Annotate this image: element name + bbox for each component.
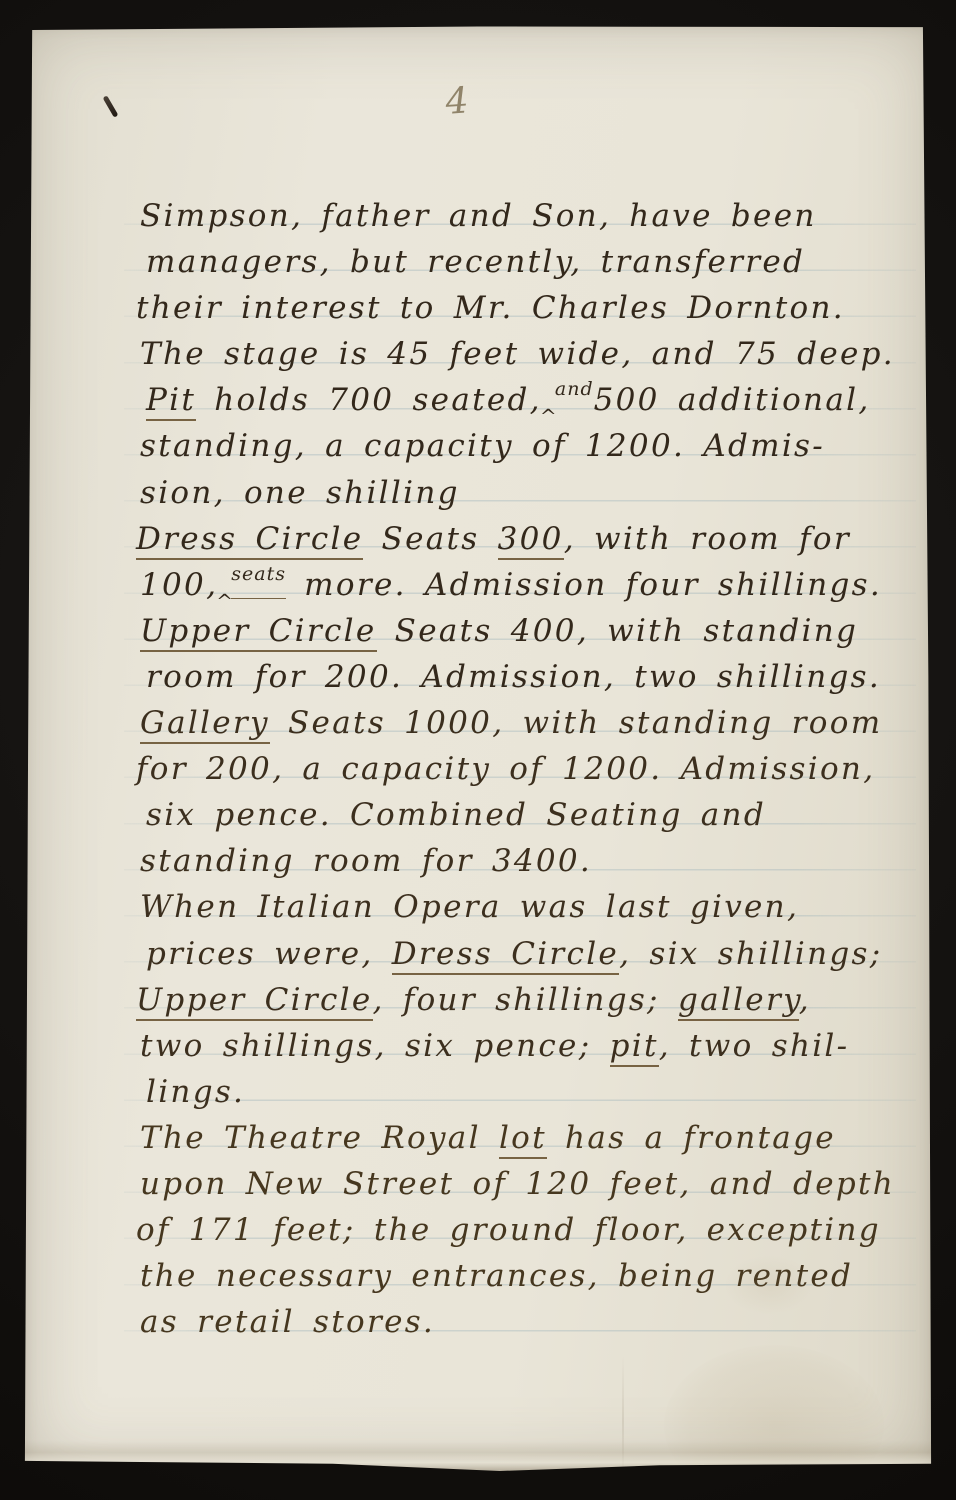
text-segment: room for 200. Admission, two shillings. [146, 659, 881, 695]
text-segment: Seats [363, 521, 497, 557]
manuscript-line: Upper Circle Seats 400, with standing [140, 608, 930, 654]
manuscript-line: as retail stores. [140, 1299, 930, 1345]
text-segment: , [799, 982, 811, 1018]
text-segment: seats [231, 551, 286, 599]
text-segment: When Italian Opera was last given, [140, 889, 799, 925]
paper-stain [664, 1345, 884, 1500]
handwritten-text-block: Simpson, father and Son, have beenmanage… [140, 193, 930, 1345]
text-segment: as retail stores. [140, 1304, 435, 1340]
text-segment: Seats 1000, with standing room [270, 705, 883, 741]
text-segment: more. Admission four shillings. [286, 567, 882, 603]
text-segment: holds 700 seated, [196, 382, 542, 418]
manuscript-line: standing room for 3400. [140, 838, 930, 884]
manuscript-line: upon New Street of 120 feet, and depth [140, 1161, 930, 1207]
text-segment: their interest to Mr. Charles Dornton. [136, 290, 845, 326]
manuscript-line: Gallery Seats 1000, with standing room [140, 700, 930, 746]
manuscript-line: two shillings, six pence; pit, two shil- [140, 1023, 930, 1069]
ink-blot-mark [103, 95, 119, 117]
text-segment: Dress Circle [392, 936, 619, 975]
text-segment: lings. [146, 1074, 245, 1110]
text-segment: managers, but recently, transferred [146, 244, 805, 280]
manuscript-line: their interest to Mr. Charles Dornton. [136, 285, 930, 331]
text-segment: Gallery [140, 705, 270, 744]
manuscript-line: managers, but recently, transferred [146, 239, 930, 285]
text-segment: The Theatre Royal [140, 1120, 499, 1156]
manuscript-line: sion, one shilling [140, 470, 930, 516]
text-segment: , with room for [564, 521, 851, 557]
manuscript-page: 4 Simpson, father and Son, have beenmana… [24, 25, 932, 1471]
text-segment: 300 [498, 521, 564, 560]
text-segment: Pit [146, 382, 196, 421]
text-segment: , six shillings; [619, 936, 882, 972]
text-segment: and [555, 366, 594, 412]
manuscript-line: Upper Circle, four shillings; gallery, [136, 977, 930, 1023]
manuscript-line: The Theatre Royal lot has a frontage [140, 1115, 930, 1161]
text-segment: 500 additional, [594, 382, 871, 418]
text-segment: six pence. Combined Seating and [146, 797, 766, 833]
manuscript-line: for 200, a capacity of 1200. Admission, [136, 746, 930, 792]
text-segment: standing room for 3400. [140, 843, 592, 879]
text-segment: Upper Circle [136, 982, 373, 1021]
manuscript-line: of 171 feet; the ground floor, excepting [136, 1207, 930, 1253]
text-segment: The stage is 45 feet wide, and 75 deep. [140, 336, 895, 372]
paper-crease [622, 1355, 624, 1487]
manuscript-line: The stage is 45 feet wide, and 75 deep. [140, 331, 930, 377]
text-segment: upon New Street of 120 feet, and depth [140, 1166, 895, 1202]
text-segment: lot [499, 1120, 547, 1159]
text-segment: pit [610, 1028, 659, 1067]
text-segment: standing, a capacity of 1200. Admis- [140, 428, 825, 464]
manuscript-line: standing, a capacity of 1200. Admis- [140, 423, 930, 469]
page-number: 4 [427, 79, 490, 124]
text-segment: Simpson, father and Son, have been [140, 198, 817, 234]
text-segment: , four shillings; [373, 982, 678, 1018]
text-segment: prices were, [146, 936, 392, 972]
photographed-manuscript-scan: 4 Simpson, father and Son, have beenmana… [0, 0, 956, 1500]
text-segment: , two shil- [659, 1028, 850, 1064]
text-segment: gallery [678, 982, 799, 1021]
paper-stain [724, 1255, 814, 1315]
text-segment: for 200, a capacity of 1200. Admission, [136, 751, 875, 787]
text-segment: of 171 feet; the ground floor, excepting [136, 1212, 881, 1248]
manuscript-line: When Italian Opera was last given, [140, 884, 930, 930]
manuscript-line: Simpson, father and Son, have been [140, 193, 930, 239]
text-segment: Upper Circle [140, 613, 377, 652]
manuscript-line: prices were, Dress Circle, six shillings… [146, 931, 930, 977]
manuscript-line: 100,^seats more. Admission four shilling… [140, 562, 930, 608]
text-segment: 100, [140, 567, 218, 603]
manuscript-line: Pit holds 700 seated,^and500 additional, [146, 377, 930, 423]
text-segment: Seats 400, with standing [377, 613, 859, 649]
text-segment: two shillings, six pence; [140, 1028, 610, 1064]
text-segment: has a frontage [547, 1120, 836, 1156]
manuscript-line: room for 200. Admission, two shillings. [146, 654, 930, 700]
text-segment: sion, one shilling [140, 475, 460, 511]
paper-bottom-edge [24, 1441, 932, 1471]
manuscript-line: six pence. Combined Seating and [146, 792, 930, 838]
manuscript-line: lings. [146, 1069, 930, 1115]
